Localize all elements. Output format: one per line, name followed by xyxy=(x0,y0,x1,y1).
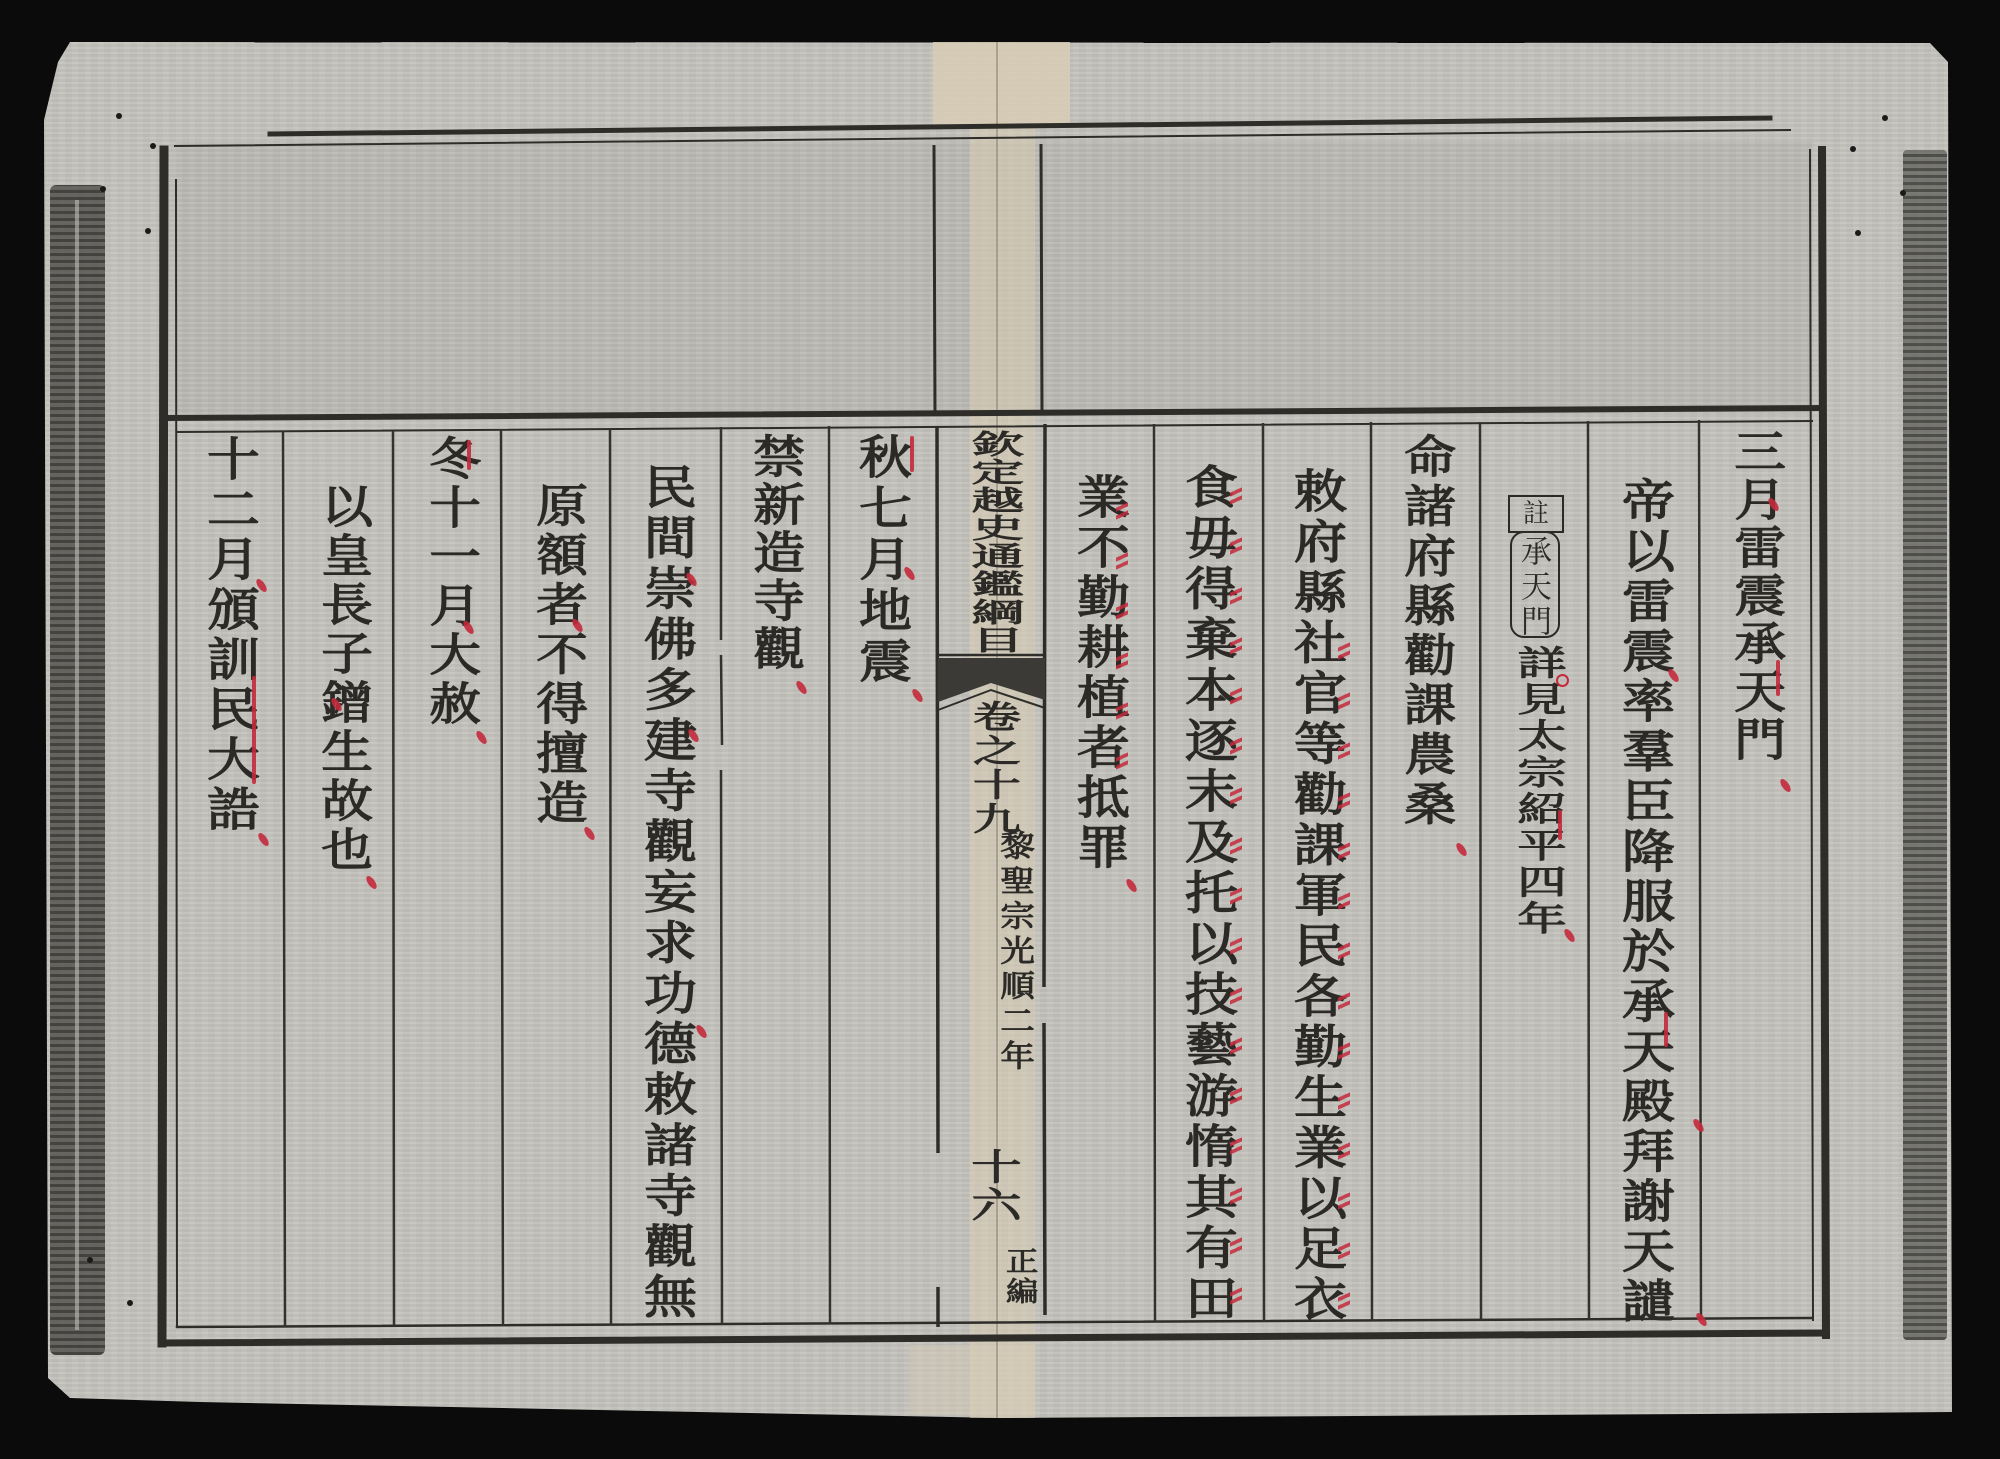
detail-column-l3: 民間崇佛多建寺觀妄求功德敕諸寺觀無 xyxy=(627,463,708,1323)
red-name-line xyxy=(467,440,471,470)
entry-column-r4: 命諸府縣勸課農桑 xyxy=(1385,433,1466,830)
entry-column-r1: 三月雷震承天門 xyxy=(1715,428,1796,764)
red-name-line xyxy=(252,676,256,784)
annotation-text-r3: 詳見太宗紹平四年 xyxy=(1486,645,1588,937)
entry-column-l7: 十二月頒訓民大誥 xyxy=(190,435,271,835)
reign-year-label: 黎聖宗光順二年 xyxy=(990,830,1036,1075)
red-emphasis-ticks xyxy=(1230,477,1242,1333)
red-name-line xyxy=(1664,1012,1668,1047)
detail-column-l4: 原額者不得擅造 xyxy=(517,482,598,829)
annotation-marker-box: 註 xyxy=(1508,495,1564,533)
detail-column-l6: 以皇長子鏳生故也 xyxy=(302,483,383,875)
detail-column-r2: 帝以雷震率羣臣降服於承天殿拜謝天譴 xyxy=(1605,477,1686,1327)
red-name-line xyxy=(1558,810,1562,840)
header-dividers xyxy=(934,144,1042,416)
red-circle-mark xyxy=(1556,674,1569,687)
red-emphasis-ticks xyxy=(1116,492,1128,798)
book-title: 欽定越史通鑑綱目 xyxy=(923,430,1060,654)
red-name-line xyxy=(1776,660,1780,696)
entry-column-l2: 禁新造寺觀 xyxy=(734,433,815,673)
section-label: 正編 xyxy=(994,1247,1042,1307)
red-emphasis-ticks xyxy=(1338,632,1350,1328)
scan-stage: 三月雷震承天門 帝以雷震率羣臣降服於承天殿拜謝天譴 註 承天門 詳見太宗紹平四年… xyxy=(0,0,2000,1459)
entry-column-l5: 冬十一月大赦 xyxy=(410,435,491,729)
volume-label: 卷之十九 xyxy=(942,700,1047,836)
annotation-term-box: 承天門 xyxy=(1510,531,1560,638)
folio-number: 十六 xyxy=(944,1148,1042,1224)
red-name-line xyxy=(910,436,914,472)
detail-column-r7: 業不勤耕植者抵罪 xyxy=(1060,473,1141,873)
